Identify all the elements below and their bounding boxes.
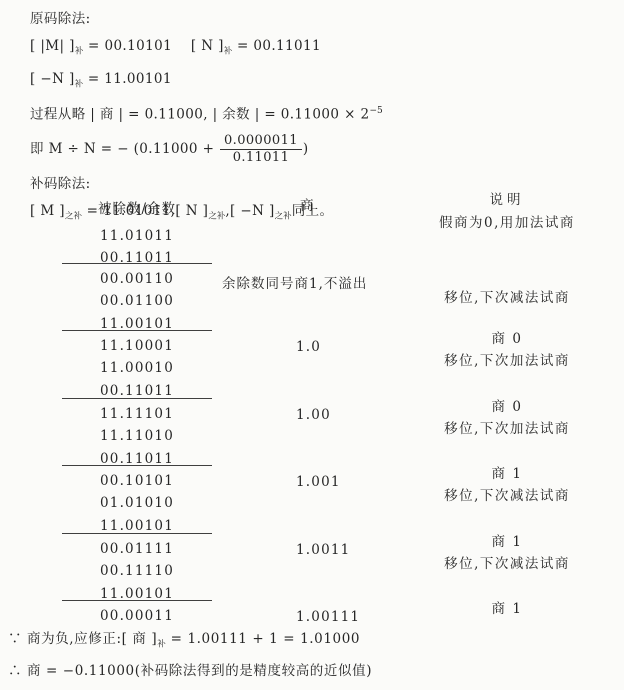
neg-n-complement-line: [ −N ]补 = 11.00101 (30, 70, 383, 94)
table-header-row: 被除数/余数 商 说明 假商为0,用加法试商 (0, 186, 624, 224)
quotient-value: 1.001 (296, 474, 341, 490)
binary-value: 11.11010 (62, 425, 212, 447)
quotient-digit-note: 商 1 (400, 530, 614, 550)
quotient-digit-note: 商 0 (400, 327, 614, 347)
dividend-remainder-cell: 00.00011 (62, 600, 212, 627)
binary-value: 00.10101 (62, 470, 212, 492)
binary-value: 01.01010 (62, 492, 212, 514)
column-header-quotient: 商 (300, 194, 314, 214)
dividend-remainder-cell: 11.1110111.1101000.11011 (62, 398, 212, 470)
binary-value: 00.01111 (62, 538, 212, 560)
binary-value: 00.01100 (62, 290, 212, 312)
binary-value: 11.00010 (62, 357, 212, 379)
column-header-explanation: 说明 (400, 188, 614, 208)
work-group: 00.1010101.0101011.001011.001商 1移位,下次减法试… (0, 465, 624, 537)
final-quotient-line: ∴ 商 = −0.11000(补码除法得到的是精度较高的近似值) (8, 662, 372, 680)
column-header-dividend-remainder: 被除数/余数 (62, 197, 212, 217)
sign-comparison-note: 余除数同号商1,不溢出 (222, 272, 367, 292)
formula-suffix: ) (303, 140, 309, 158)
division-work-table: 被除数/余数 商 说明 假商为0,用加法试商 11.0101100.110110… (0, 186, 624, 224)
work-group: 00.000111.00111商 1 (0, 600, 624, 627)
work-group: 11.1000111.0001000.110111.0商 0移位,下次加法试商 (0, 330, 624, 402)
dividend-remainder-cell: 00.0111100.1111011.00101 (62, 533, 212, 605)
superscript-exponent: −5 (369, 106, 382, 116)
work-group: 11.1110111.1101000.110111.00商 0移位,下次加法试商 (0, 398, 624, 470)
shift-next-step-note: 移位,下次减法试商 (400, 552, 614, 572)
dividend-remainder-cell: 11.1000111.0001000.11011 (62, 330, 212, 402)
subscript-notation: 补 (224, 47, 233, 57)
fraction-numerator: 0.0000011 (220, 133, 302, 150)
binary-value: 11.01011 (62, 225, 212, 247)
dividend-remainder-cell: 00.1010101.0101011.00101 (62, 465, 212, 537)
binary-value: 00.00110 (62, 268, 212, 290)
correction-line: ∵ 商为负,应修正:[ 商 ]补 = 1.00111 + 1 = 1.01000 (8, 630, 372, 654)
quotient-value: 1.0 (296, 339, 321, 355)
binary-value: 00.00011 (62, 605, 212, 627)
document-page: 原码除法: [ |M| ]补 = 00.10101 [ N ]补 = 00.11… (0, 0, 624, 690)
dividend-remainder-cell: 00.0011000.0110011.00101 (62, 263, 212, 335)
fraction: 0.0000011 0.11011 (220, 133, 302, 166)
binary-value: 11.10001 (62, 335, 212, 357)
quotient-digit-note: 商 1 (400, 462, 614, 482)
quotient-value: 1.0011 (296, 542, 350, 558)
fraction-denominator: 0.11011 (220, 150, 302, 166)
shift-next-step-note: 移位,下次减法试商 (400, 286, 614, 306)
work-group: 00.0011000.0110011.00101余除数同号商1,不溢出移位,下次… (0, 263, 624, 335)
shift-next-step-note: 移位,下次加法试商 (400, 349, 614, 369)
quotient-remainder-line: 过程从略 | 商 | = 0.11000, | 余数 | = 0.11000 ×… (30, 102, 383, 124)
shift-next-step-note: 移位,下次减法试商 (400, 484, 614, 504)
quotient-value: 1.00 (296, 407, 331, 423)
quotient-digit-note: 商 0 (400, 395, 614, 415)
subscript-notation: 补 (75, 47, 84, 57)
binary-value: 11.11101 (62, 403, 212, 425)
subscript-notation: 补 (75, 79, 84, 89)
original-code-division-title: 原码除法: (30, 10, 383, 28)
formula-prefix: 即 M ÷ N = − (0.11000 + (30, 140, 219, 158)
abs-m-and-n-complement-line: [ |M| ]补 = 00.10101 [ N ]补 = 00.11011 (30, 37, 383, 61)
work-group: 00.0111100.1111011.001011.0011商 1移位,下次减法… (0, 533, 624, 605)
shift-next-step-note: 移位,下次加法试商 (400, 417, 614, 437)
binary-value: 00.11110 (62, 560, 212, 582)
conclusion-block: ∵ 商为负,应修正:[ 商 ]补 = 1.00111 + 1 = 1.01000… (8, 630, 372, 688)
m-div-n-formula: 即 M ÷ N = − (0.11000 + 0.0000011 0.11011… (30, 133, 383, 166)
quotient-digit-note: 商 1 (400, 597, 614, 617)
subscript-notation: 补 (157, 640, 166, 650)
quotient-value: 1.00111 (296, 609, 360, 625)
